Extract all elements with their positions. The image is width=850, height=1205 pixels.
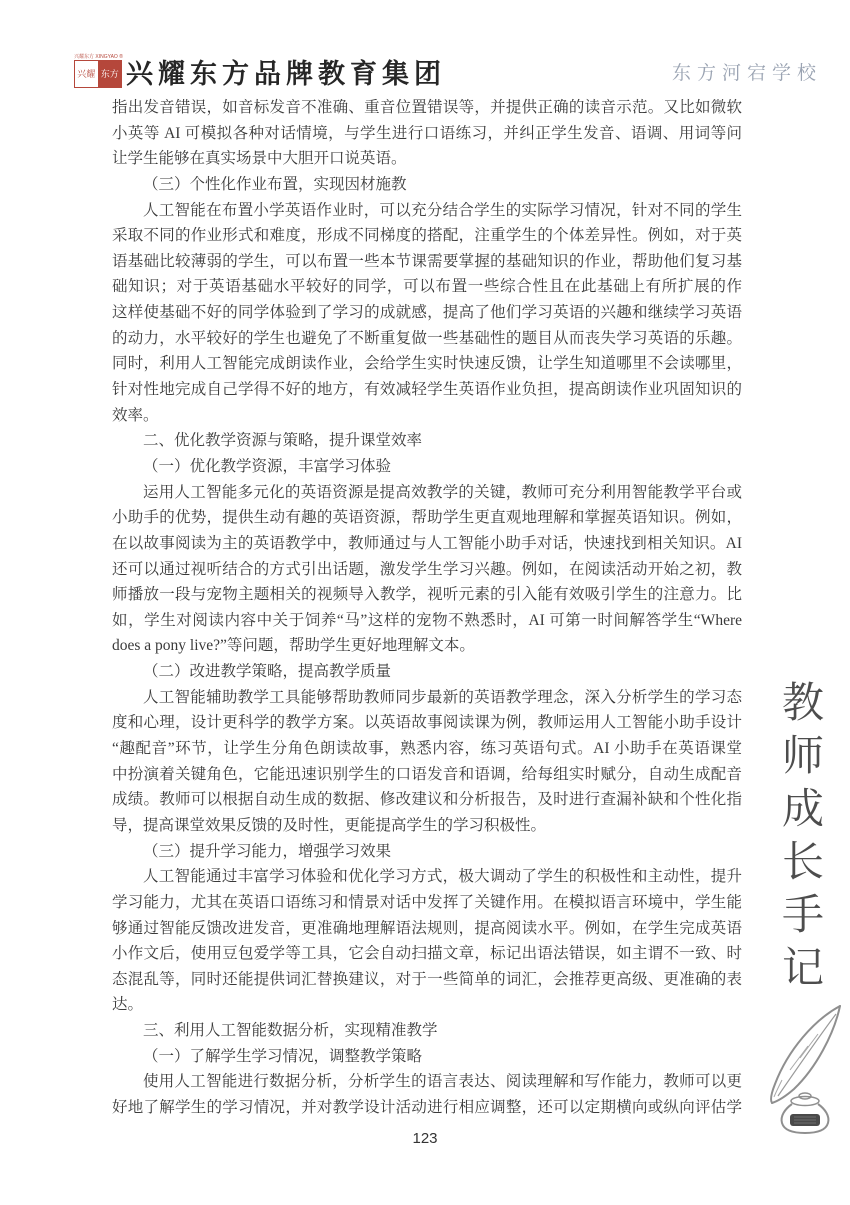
vertical-calligraphy-title: 教师成长手记 — [770, 680, 830, 1010]
brand-title: 兴耀东方品牌教育集团 — [126, 52, 446, 91]
text-line: 三、利用人工智能数据分析，实现精准教学 — [112, 1018, 742, 1044]
text-line: （一）了解学生学习情况，调整教学策略 — [112, 1044, 742, 1070]
school-name: 东方河宕学校 — [672, 58, 822, 85]
brand-seal-top-label: 兴耀东方 XINGYAO ® — [74, 54, 122, 60]
text-line: 针对性地完成自己学得不好的地方，有效减轻学生英语作业负担，提高朗读作业巩固知识的 — [112, 377, 742, 403]
text-line: 小英等 AI 可模拟各种对话情境，与学生进行口语练习，并纠正学生发音、语调、用词… — [112, 121, 742, 147]
page-header: 兴耀东方 XINGYAO ® 兴耀 东方 兴耀东方品牌教育集团 东方河宕学校 — [0, 0, 850, 96]
brand-seal-body: 兴耀 东方 — [74, 60, 122, 88]
text-line: （三）个性化作业布置，实现因材施教 — [112, 172, 742, 198]
text-line: 语基础比较薄弱的学生，可以布置一些本节课需要掌握的基础知识的作业，帮助他们复习基 — [112, 249, 742, 275]
text-line: （三）提升学习能力，增强学习效果 — [112, 839, 742, 865]
text-line: 人工智能在布置小学英语作业时，可以充分结合学生的实际学习情况，针对不同的学生 — [112, 198, 742, 224]
text-line: 效率。 — [112, 403, 742, 429]
document-lines: 指出发音错误，如音标发音不准确、重音位置错误等，并提供正确的读音示范。又比如微软… — [112, 95, 742, 1121]
text-line: 态混乱等，同时还能提供词汇替换建议，对于一些简单的词汇，会推荐更高级、更准确的表 — [112, 967, 742, 993]
text-line: 够通过智能反馈改进发音，更准确地理解语法规则，提高阅读水平。例如，在学生完成英语 — [112, 916, 742, 942]
text-line: 如，学生对阅读内容中关于饲养“马”这样的宠物不熟悉时，AI 可第一时间解答学生“… — [112, 608, 742, 634]
text-line: 中扮演着关键角色，它能迅速识别学生的口语发音和语调，给每组实时赋分，自动生成配音 — [112, 762, 742, 788]
text-line: 础知识；对于英语基础水平较好的同学，可以布置一些综合性且在此基础上有所扩展的作业… — [112, 274, 742, 300]
text-line: 在以故事阅读为主的英语教学中，教师通过与人工智能小助手对话，快速找到相关知识。A… — [112, 531, 742, 557]
brand-seal-outline-chars: 兴耀 — [75, 61, 99, 87]
text-line: 让学生能够在真实场景中大胆开口说英语。 — [112, 146, 742, 172]
text-line: 人工智能通过丰富学习体验和优化学习方式，极大调动了学生的积极性和主动性，提升 — [112, 864, 742, 890]
text-line: 的动力，水平较好的学生也避免了不断重复做一些基础性的题目从而丧失学习英语的乐趣。 — [112, 326, 742, 352]
text-line: 学习能力，尤其在英语口语练习和情景对话中发挥了关键作用。在模拟语言环境中，学生能 — [112, 890, 742, 916]
quill-ink-icon — [752, 1002, 847, 1137]
text-line: 导，提高课堂效果反馈的及时性，更能提高学生的学习积极性。 — [112, 813, 742, 839]
text-line: 小作文后，使用豆包爱学等工具，它会自动扫描文章，标记出语法错误，如主谓不一致、时 — [112, 941, 742, 967]
text-line: 采取不同的作业形式和难度，形成不同梯度的搭配，注重学生的个体差异性。例如，对于英 — [112, 223, 742, 249]
text-line: “趣配音”环节，让学生分角色朗读故事，熟悉内容，练习英语句式。AI 小助手在英语… — [112, 736, 742, 762]
brand-seal-solid-chars: 东方 — [99, 61, 122, 87]
page-number: 123 — [0, 1130, 850, 1147]
text-line: 达。 — [112, 992, 742, 1018]
text-line: 小助手的优势，提供生动有趣的英语资源，帮助学生更直观地理解和掌握英语知识。例如， — [112, 505, 742, 531]
text-line: 指出发音错误，如音标发音不准确、重音位置错误等，并提供正确的读音示范。又比如微软 — [112, 95, 742, 121]
text-line: 同时，利用人工智能完成朗读作业，会给学生实时快速反馈，让学生知道哪里不会读哪里， — [112, 351, 742, 377]
text-line: 运用人工智能多元化的英语资源是提高效教学的关键，教师可充分利用智能教学平台或 — [112, 480, 742, 506]
text-line: 度和心理，设计更科学的教学方案。以英语故事阅读课为例，教师运用人工智能小助手设计 — [112, 710, 742, 736]
text-line: 好地了解学生的学习情况，并对教学设计活动进行相应调整，还可以定期横向或纵向评估学 — [112, 1095, 742, 1121]
text-line: 还可以通过视听结合的方式引出话题，激发学生学习兴趣。例如，在阅读活动开始之初，教 — [112, 557, 742, 583]
brand-seal-logo: 兴耀东方 XINGYAO ® 兴耀 东方 — [74, 54, 122, 90]
text-line: 人工智能辅助教学工具能够帮助教师同步最新的英语教学理念，深入分析学生的学习态 — [112, 685, 742, 711]
text-line: 师播放一段与宠物主题相关的视频导入教学，视听元素的引入能有效吸引学生的注意力。比 — [112, 582, 742, 608]
text-line: 二、优化教学资源与策略，提升课堂效率 — [112, 428, 742, 454]
text-line: does a pony live?”等问题，帮助学生更好地理解文本。 — [112, 633, 742, 659]
text-line: 成绩。教师可以根据自动生成的数据、修改建议和分析报告，及时进行查漏补缺和个性化指 — [112, 787, 742, 813]
text-line: 这样使基础不好的同学体验到了学习的成就感，提高了他们学习英语的兴趣和继续学习英语 — [112, 300, 742, 326]
text-line: （一）优化教学资源，丰富学习体验 — [112, 454, 742, 480]
text-line: 使用人工智能进行数据分析，分析学生的语言表达、阅读理解和写作能力，教师可以更 — [112, 1069, 742, 1095]
text-line: （二）改进教学策略，提高教学质量 — [112, 659, 742, 685]
